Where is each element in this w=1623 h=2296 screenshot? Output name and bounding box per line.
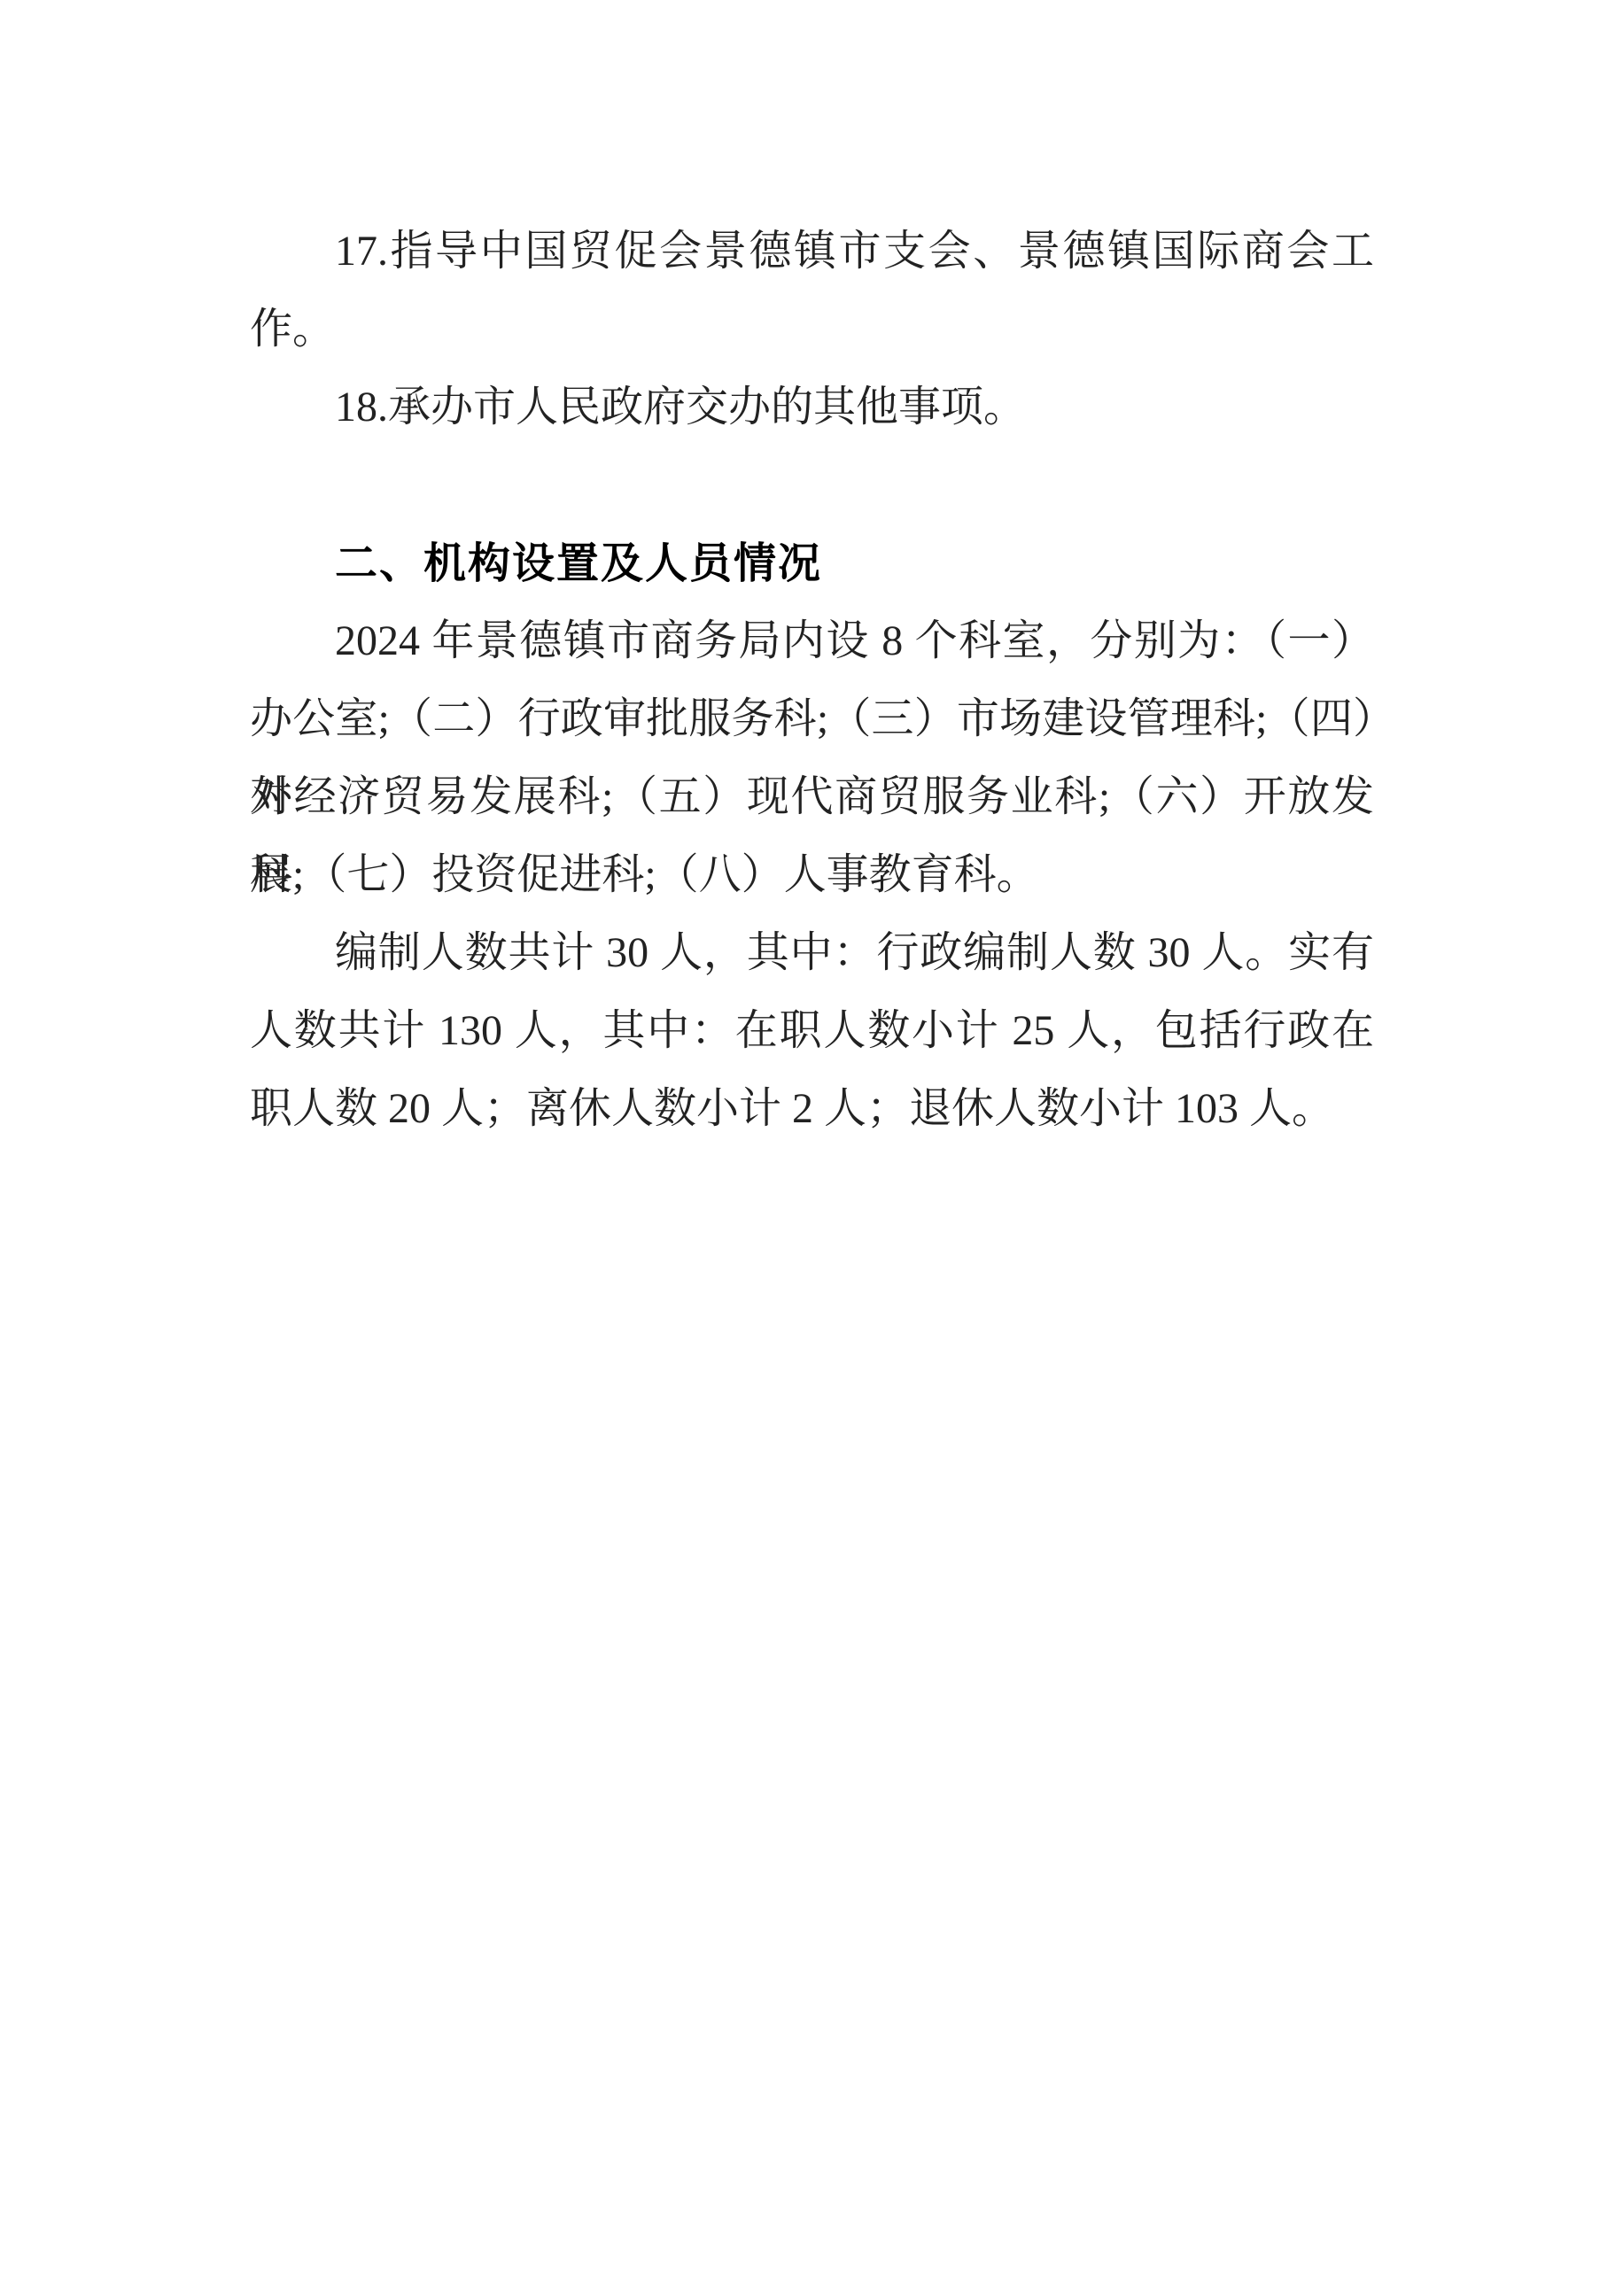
org-structure-paragraph-line-2: 办公室;（二）行政审批服务科;（三）市场建设管理科;（四）对 (250, 680, 1374, 758)
document-content: 17.指导中国贸促会景德镇市支会、景德镇国际商会工 作。 18.承办市人民政府交… (250, 213, 1374, 1148)
paragraph-item-17-line-1: 17.指导中国贸促会景德镇市支会、景德镇国际商会工 (250, 213, 1374, 291)
staffing-paragraph-line-2: 人数共计 130 人，其中：在职人数小计 25 人，包括行政在 (250, 992, 1374, 1070)
document-page: 17.指导中国贸促会景德镇市支会、景德镇国际商会工 作。 18.承办市人民政府交… (0, 0, 1623, 2296)
org-structure-paragraph-line-3: 外经济贸易发展科;（五）现代商贸服务业科;（六）开放发展 (250, 758, 1374, 836)
blank-line (250, 446, 1374, 524)
paragraph-item-17-line-2: 作。 (250, 291, 1374, 368)
staffing-paragraph-line-1: 编制人数共计 30 人，其中：行政编制人数 30 人。实有 (250, 914, 1374, 992)
org-structure-paragraph-line-4: 科;（七）投资促进科;（八）人事教育科。 (250, 836, 1374, 914)
staffing-paragraph-line-3: 职人数 20 人；离休人数小计 2 人；退休人数小计 103 人。 (250, 1070, 1374, 1148)
org-structure-paragraph-line-1: 2024 年景德镇市商务局内设 8 个科室，分别为：（一） (250, 602, 1374, 680)
paragraph-item-18: 18.承办市人民政府交办的其他事项。 (250, 368, 1374, 446)
section-heading: 二、机构设置及人员情况 (250, 524, 1374, 602)
